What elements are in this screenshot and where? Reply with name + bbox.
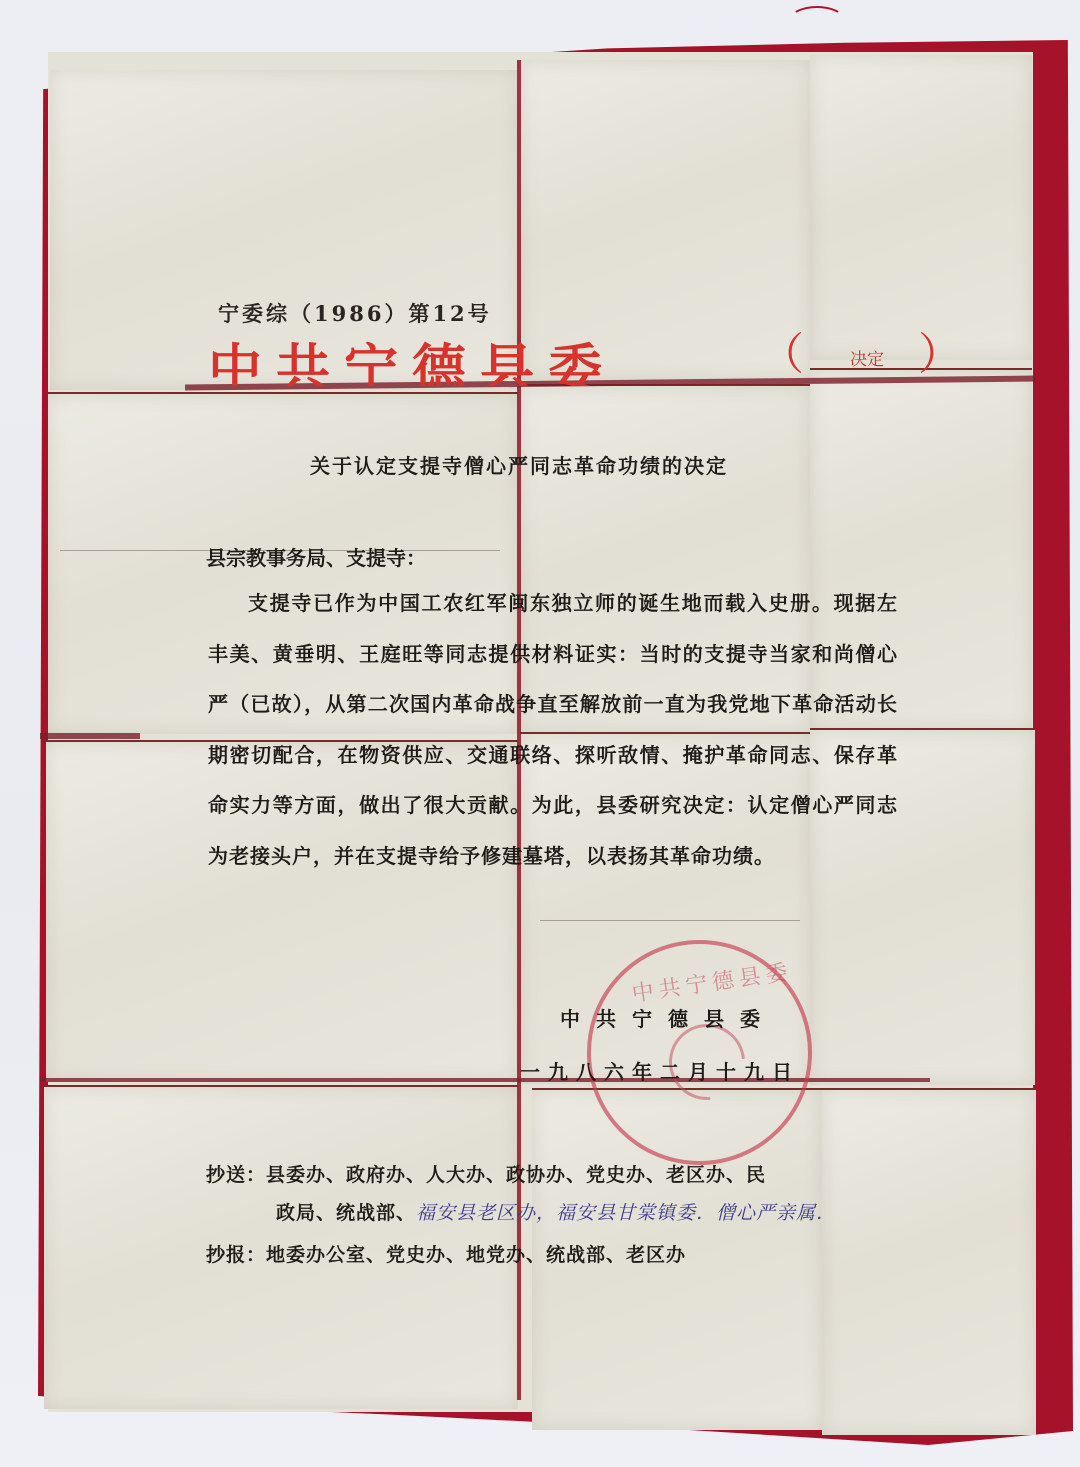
paper-panel xyxy=(810,55,1032,360)
masthead-title: 中共宁德县委 xyxy=(208,334,616,386)
document-date: 一九八六年二月十九日 xyxy=(520,1056,800,1085)
horizontal-fold-line xyxy=(40,733,140,739)
cc-send-line-1: 抄送：县委办、政府办、人大办、政协办、党史办、老区办、民 xyxy=(206,1160,766,1187)
bracket-close: ） xyxy=(918,329,962,380)
cc-send-label: 抄送： xyxy=(206,1164,266,1186)
official-seal: 中共宁德县委 xyxy=(587,940,812,1165)
bracket-open: （ xyxy=(760,329,804,380)
paper-crack xyxy=(540,920,800,921)
loose-thread xyxy=(790,6,844,32)
document-body: 支提寺已作为中国工农红军闽东独立师的诞生地而载入史册。现据左丰美、黄垂明、王庭旺… xyxy=(208,578,898,881)
paper-panel xyxy=(822,1088,1036,1435)
seal-text: 中共宁德县委 xyxy=(630,955,795,1008)
document-type-label: 决定 xyxy=(850,350,884,370)
cc-report-line: 抄报：地委办公室、党史办、地党办、统战部、老区办 xyxy=(206,1240,686,1267)
cc-report-recipients: 地委办公室、党史办、地党办、统战部、老区办 xyxy=(266,1244,686,1266)
cc-report-label: 抄报： xyxy=(206,1244,266,1266)
handwritten-addition: 福安县老区办，福安县甘棠镇委．僧心严亲属． xyxy=(416,1202,836,1224)
cc-send-line-2: 政局、统战部、福安县老区办，福安县甘棠镇委．僧心严亲属． xyxy=(276,1198,836,1225)
document-title: 关于认定支提寺僧心严同志革命功绩的决定 xyxy=(310,450,728,479)
cc-send-recipients: 县委办、政府办、人大办、政协办、党史办、老区办、民 xyxy=(266,1164,766,1186)
document-type: （决定） xyxy=(760,318,962,382)
cc-send-recipients-typed: 政局、统战部、 xyxy=(276,1202,416,1224)
addressee: 县宗教事务局、支提寺： xyxy=(206,542,426,571)
document-number: 宁委综（1986）第12号 xyxy=(218,298,492,328)
body-paragraph: 支提寺已作为中国工农红军闽东独立师的诞生地而载入史册。现据左丰美、黄垂明、王庭旺… xyxy=(208,578,898,881)
signature: 中共宁德县委 xyxy=(560,1003,776,1032)
